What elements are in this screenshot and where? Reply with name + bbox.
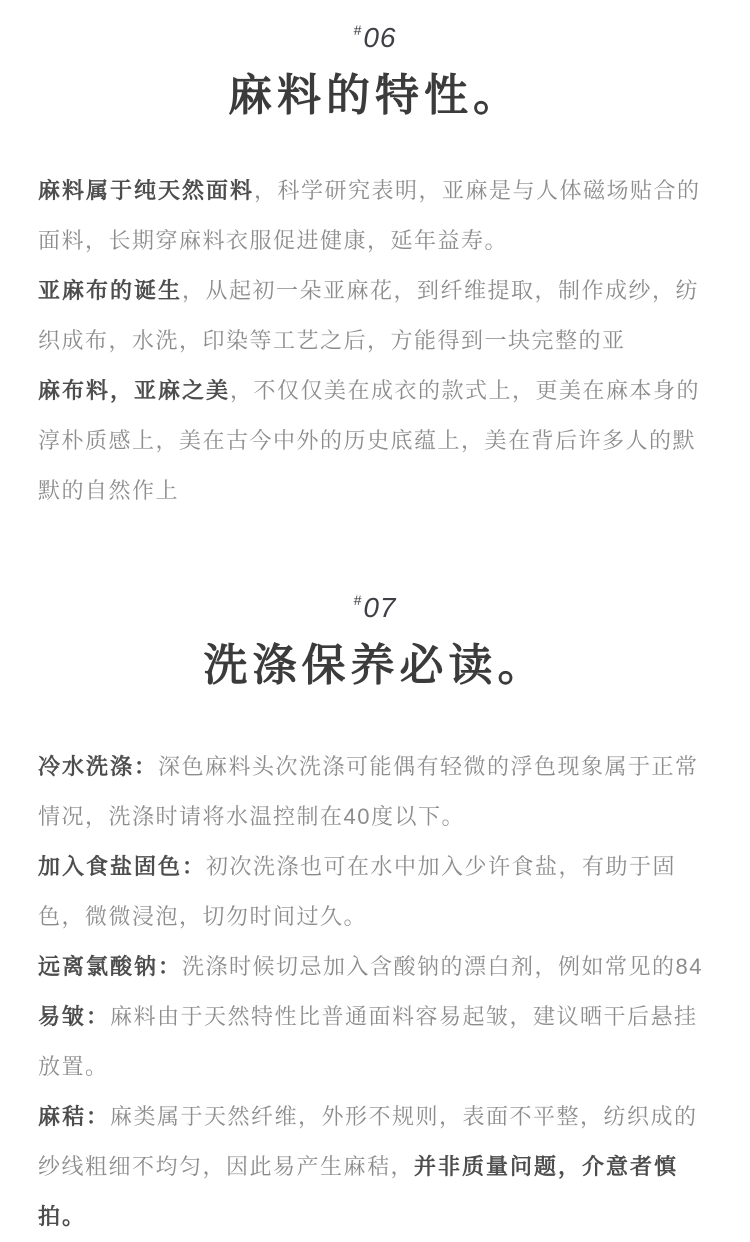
section-fabric-characteristics: #06 麻料的特性。 麻料属于纯天然面料，科学研究表明，亚麻是与人体磁场贴合的面…: [0, 0, 750, 516]
text-run-bold: 麻秸：: [38, 1104, 110, 1129]
paragraph: 麻料属于纯天然面料，科学研究表明，亚麻是与人体磁场贴合的面料，长期穿麻料衣服促进…: [38, 166, 712, 266]
paragraph: 易皱：麻料由于天然特性比普通面料容易起皱，建议晒干后悬挂放置。: [38, 992, 712, 1092]
section-number: #07: [0, 586, 750, 622]
text-run-bold: 易皱：: [38, 1004, 110, 1029]
text-run-bold: 冷水洗涤：: [38, 754, 158, 779]
text-run-bold: 亚麻布的诞生: [38, 278, 182, 303]
text-run-bold: 加入食盐固色：: [38, 854, 206, 879]
text-run: 麻料由于天然特性比普通面料容易起皱，建议晒干后悬挂放置。: [38, 1004, 698, 1079]
section-number: #06: [0, 16, 750, 52]
text-run-bold: 麻布料，亚麻之美: [38, 378, 230, 403]
paragraph: 麻秸：麻类属于天然纤维，外形不规则，表面不平整，纺织成的纱线粗细不均匀，因此易产…: [38, 1092, 712, 1242]
paragraph: 冷水洗涤：深色麻料头次洗涤可能偶有轻微的浮色现象属于正常情况，洗涤时请将水温控制…: [38, 742, 712, 842]
section-title: 麻料的特性。: [0, 68, 750, 124]
paragraph: 亚麻布的诞生，从起初一朵亚麻花，到纤维提取，制作成纱，纺织成布，水洗，印染等工艺…: [38, 266, 712, 366]
text-run-bold: 麻料属于纯天然面料: [38, 178, 254, 203]
section-title: 洗涤保养必读。: [0, 638, 750, 694]
paragraph: 远离氯酸钠：洗涤时候切忌加入含酸钠的漂白剂，例如常见的84: [38, 942, 712, 992]
section-number-value: 06: [363, 22, 396, 53]
section-body: 麻料属于纯天然面料，科学研究表明，亚麻是与人体磁场贴合的面料，长期穿麻料衣服促进…: [38, 166, 712, 516]
section-number-value: 07: [363, 592, 396, 623]
product-detail-page: #06 麻料的特性。 麻料属于纯天然面料，科学研究表明，亚麻是与人体磁场贴合的面…: [0, 0, 750, 1242]
text-run-bold: 远离氯酸钠：: [38, 954, 182, 979]
hash-mark: #: [354, 592, 363, 608]
section-body: 冷水洗涤：深色麻料头次洗涤可能偶有轻微的浮色现象属于正常情况，洗涤时请将水温控制…: [38, 742, 712, 1242]
text-run: 洗涤时候切忌加入含酸钠的漂白剂，例如常见的84: [182, 954, 703, 979]
paragraph: 加入食盐固色：初次洗涤也可在水中加入少许食盐，有助于固色，微微浸泡，切勿时间过久…: [38, 842, 712, 942]
hash-mark: #: [354, 22, 363, 38]
paragraph: 麻布料，亚麻之美，不仅仅美在成衣的款式上，更美在麻本身的淳朴质感上，美在古今中外…: [38, 366, 712, 516]
section-washing-care: #07 洗涤保养必读。 冷水洗涤：深色麻料头次洗涤可能偶有轻微的浮色现象属于正常…: [0, 586, 750, 1242]
